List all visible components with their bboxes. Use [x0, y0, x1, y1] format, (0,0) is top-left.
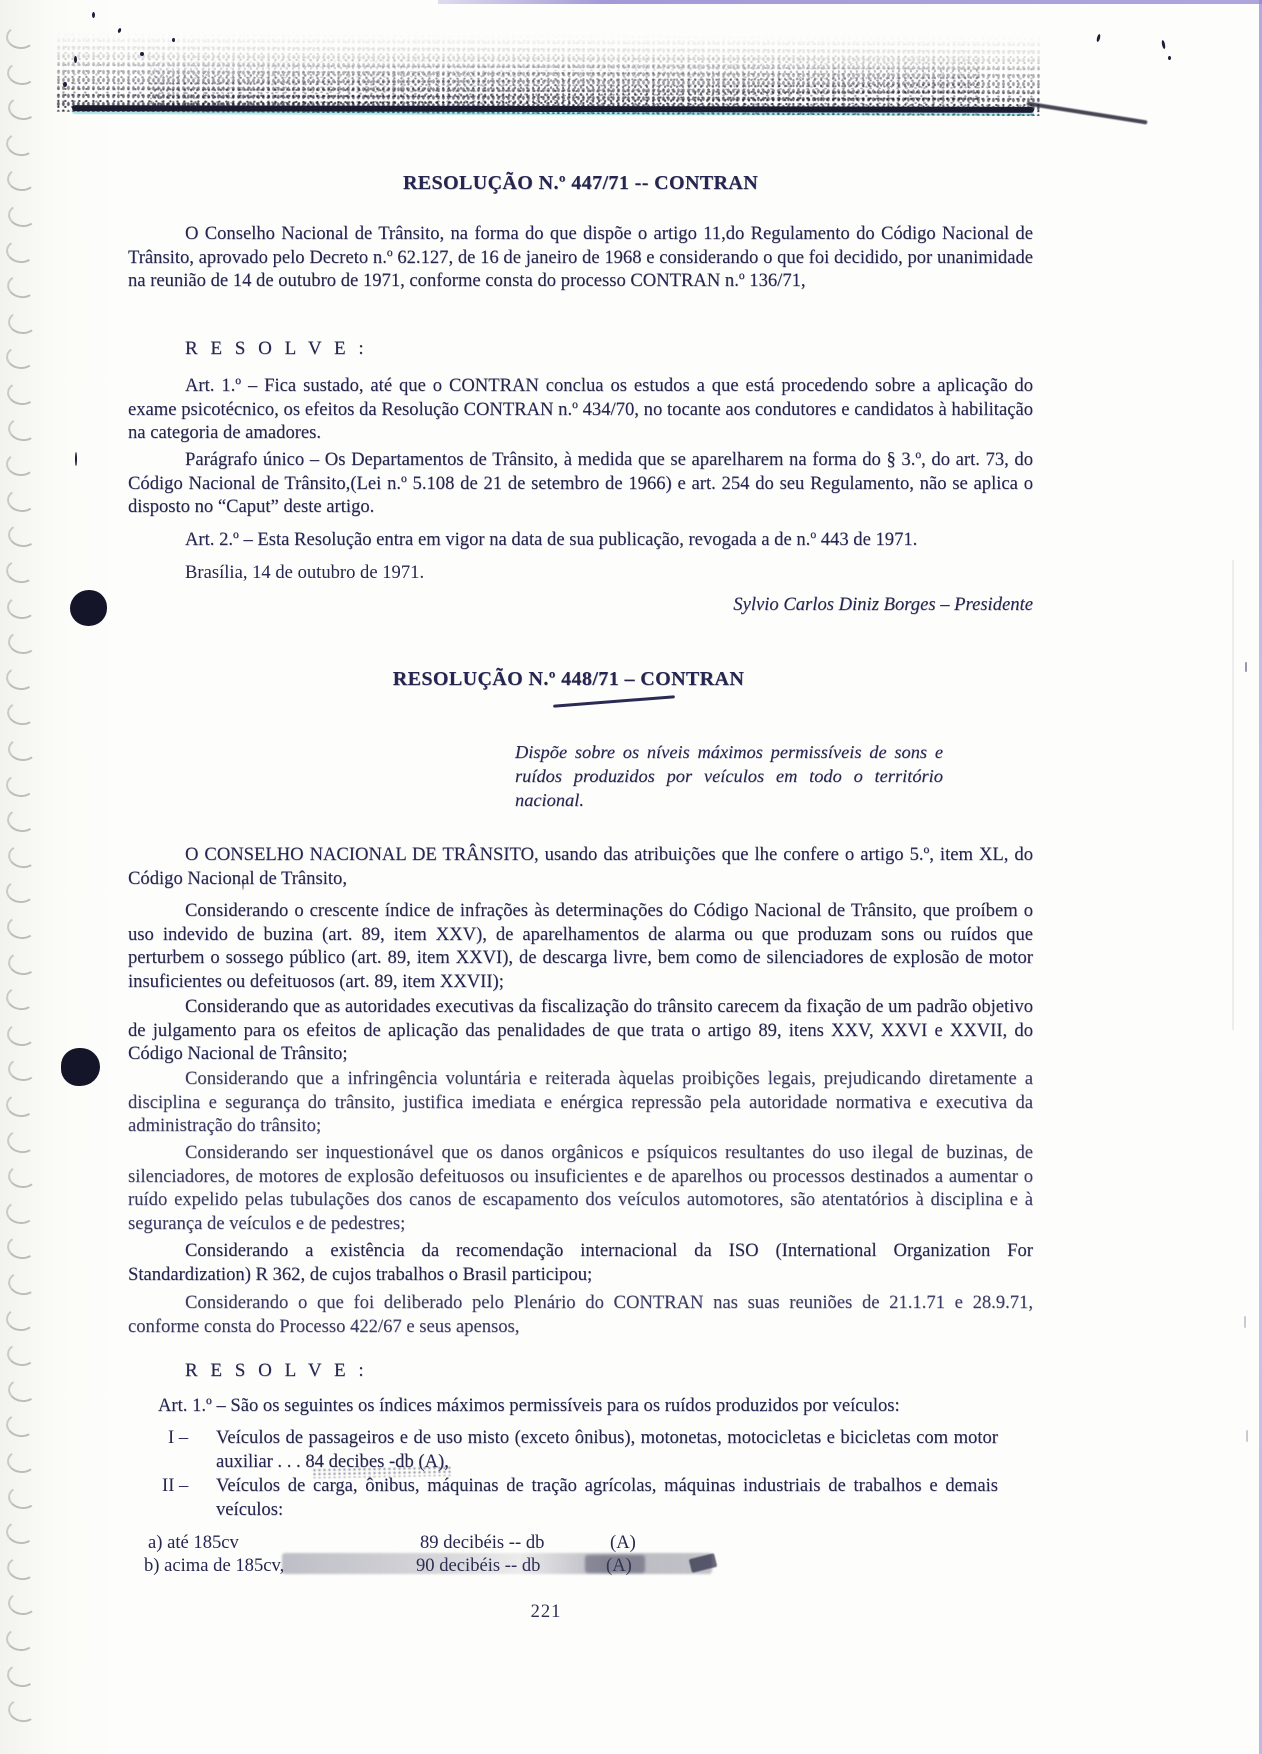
spiral-binding-mark [7, 950, 39, 977]
considerando-paragraph: Considerando o que foi deliberado pelo P… [128, 1291, 1033, 1338]
correction-smudge [282, 1553, 712, 1574]
spiral-binding-mark [5, 879, 36, 904]
spiral-binding-mark [6, 1022, 37, 1047]
resolution-448-epigraph: Dispõe sobre os níveis máximos permissív… [515, 740, 943, 812]
document-content: RESOLUÇÃO N.º 447/71 -- CONTRAN O Consel… [128, 0, 1033, 1754]
spiral-binding-mark [6, 915, 37, 941]
resolution-447-signature: Sylvio Carlos Diniz Borges – Presidente [128, 594, 1033, 616]
item-text: Veículos de carga, ônibus, máquinas de t… [128, 1474, 998, 1522]
margin-tick [1245, 662, 1247, 672]
ink-speck [63, 82, 67, 87]
spiral-binding-mark [6, 60, 37, 86]
considerando-paragraph: Considerando ser inquestionável que os d… [128, 1141, 1033, 1235]
spiral-binding-mark [7, 95, 39, 122]
spiral-binding-mark [5, 1554, 38, 1582]
spiral-binding-mark [7, 1484, 38, 1510]
ink-speck [1096, 34, 1101, 43]
spiral-binding-mark [4, 558, 37, 586]
spiral-binding-mark [7, 1591, 38, 1616]
ink-speck [74, 56, 77, 63]
spiral-binding-mark [7, 630, 38, 656]
spiral-binding-mark [7, 1164, 38, 1189]
spiral-binding-mark [5, 1519, 37, 1546]
spiral-binding-mark [5, 1307, 36, 1332]
ink-speck [92, 12, 95, 18]
resolution-447-article-1: Art. 1.º – Fica sustado, até que o CONTR… [128, 374, 1033, 445]
spiral-binding-mark [6, 807, 38, 834]
considerando-paragraph: Considerando que a infringência voluntár… [128, 1067, 1033, 1138]
ink-speck [75, 452, 77, 466]
resolution-447-dateline: Brasília, 14 de outubro de 1971. [185, 562, 424, 584]
item-numeral: I – [168, 1426, 188, 1450]
spiral-binding-mark [6, 595, 37, 620]
spiral-binding-mark [7, 310, 38, 335]
ink-speck [1168, 56, 1171, 60]
spiral-binding-mark [6, 1234, 38, 1261]
resolution-447-paragrafo-unico: Parágrafo único – Os Departamentos de Tr… [128, 448, 1033, 519]
spiral-binding-mark [6, 842, 39, 870]
resolution-447-article-2: Art. 2.º – Esta Resolução entra em vigor… [128, 528, 1033, 552]
spiral-binding-mark [7, 737, 38, 762]
resolution-447-resolve-label: R E S O L V E : [185, 338, 368, 360]
row-value: 89 decibéis -- db [420, 1532, 544, 1554]
list-item-I: I – Veículos de passageiros e de uso mis… [128, 1426, 998, 1474]
spiral-binding-mark [6, 380, 38, 407]
margin-tick [1244, 1316, 1246, 1328]
spiral-binding-mark [5, 1127, 38, 1155]
spiral-binding-mark [6, 415, 39, 443]
row-label: b) acima de 185cv, [144, 1555, 284, 1577]
spiral-binding-mark [5, 25, 36, 50]
document-page: RESOLUÇÃO N.º 447/71 -- CONTRAN O Consel… [0, 0, 1262, 1754]
spiral-binding-mark [6, 1697, 39, 1725]
spiral-binding-mark [5, 452, 36, 477]
spiral-binding-mark [5, 1199, 36, 1225]
resolution-448-article-1: Art. 1.º – São os seguintes os índices m… [128, 1394, 1033, 1418]
margin-tick [1246, 1430, 1248, 1442]
spiral-binding-mark [4, 985, 37, 1013]
resolution-448-resolve-label: R E S O L V E : [185, 1360, 368, 1382]
scan-smudge-line-tail [1026, 101, 1147, 124]
spiral-binding-mark [4, 1412, 37, 1440]
spiral-binding-mark [6, 1342, 37, 1368]
considerando-paragraph: Considerando que as autoridades executiv… [128, 995, 1033, 1066]
spiral-binding-mark [5, 772, 36, 798]
list-item-II: II – Veículos de carga, ônibus, máquinas… [128, 1474, 998, 1522]
spiral-binding-mark [7, 1377, 39, 1404]
spiral-binding-mark [5, 1627, 36, 1653]
resolution-447-title: RESOLUÇÃO N.º 447/71 -- CONTRAN [128, 172, 1033, 195]
row-label: a) até 185cv [148, 1532, 239, 1554]
spiral-binding-mark [6, 167, 37, 192]
scan-fold-line [1232, 560, 1234, 1030]
spiral-binding-mark [6, 1662, 38, 1689]
spiral-binding-mark [5, 665, 37, 692]
spiral-binding-mark [4, 130, 37, 158]
item-text: Veículos de passageiros e de uso misto (… [128, 1426, 998, 1474]
spiral-binding-mark [5, 273, 38, 301]
spiral-binding-edge [0, 0, 60, 1754]
spiral-binding-mark [7, 522, 39, 549]
row-unit: (A) [610, 1532, 636, 1554]
handwritten-underline [553, 695, 675, 707]
spiral-binding-mark [5, 700, 38, 728]
spiral-binding-mark [6, 1449, 37, 1474]
resolution-447-preamble: O Conselho Nacional de Trânsito, na form… [128, 222, 1033, 293]
considerando-paragraph: Considerando o crescente índice de infra… [128, 899, 1033, 993]
spiral-binding-mark [6, 487, 37, 513]
page-number: 221 [506, 1602, 586, 1623]
item-numeral: II – [162, 1474, 188, 1498]
resolution-448-title: RESOLUÇÃO N.º 448/71 – CONTRAN [116, 668, 1021, 691]
correction-smudge [585, 1555, 645, 1573]
spiral-binding-mark [5, 1092, 37, 1119]
spiral-binding-mark [7, 203, 38, 229]
hole-punch-dot [61, 1048, 100, 1086]
resolution-448-preamble: O CONSELHO NACIONAL DE TRÂNSITO, usando … [128, 843, 1033, 890]
spiral-binding-mark [5, 345, 36, 371]
ink-speck [1161, 40, 1166, 49]
considerando-paragraph: Considerando a existência da recomendaçã… [128, 1239, 1033, 1286]
spiral-binding-mark [6, 1270, 39, 1298]
hole-punch-dot [70, 590, 107, 626]
spiral-binding-mark [5, 238, 37, 265]
spiral-binding-mark [7, 1057, 38, 1083]
